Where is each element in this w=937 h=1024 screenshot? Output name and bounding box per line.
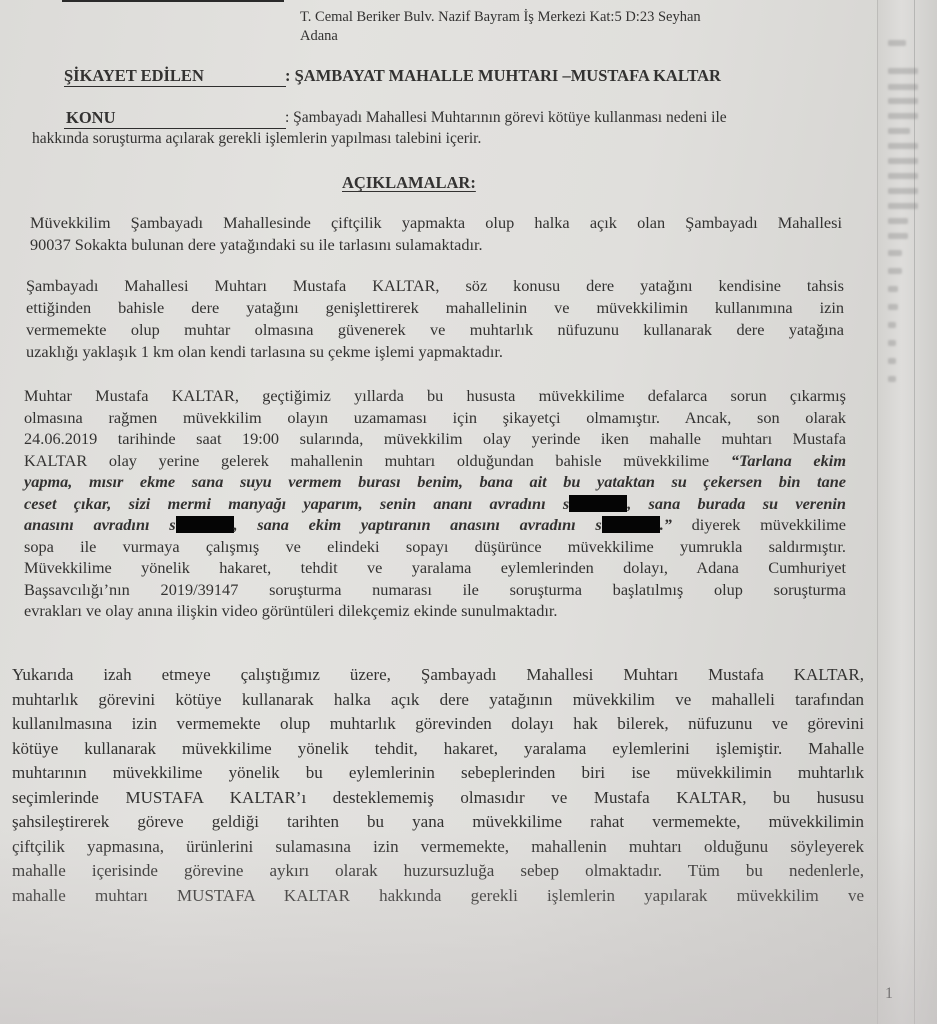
paragraph-text: KALTAR olay yerine gelerek mahallenin mu… (24, 451, 731, 470)
paragraph-2: Şambayadı Mahallesi Muhtarı Mustafa KALT… (26, 275, 844, 363)
document-page: T. Cemal Beriker Bulv. Nazif Bayram İş M… (0, 0, 937, 1024)
paragraph-line: olmasına rağmen müvekkilim olayın uzamam… (24, 407, 846, 429)
bleed-text (888, 322, 896, 328)
bleed-text (888, 84, 918, 90)
quote-text: “Tarlana ekim (731, 451, 846, 470)
bleed-text (888, 113, 918, 119)
paragraph-line: KALTAR olay yerine gelerek mahallenin mu… (24, 450, 846, 472)
adjacent-page-edge (877, 0, 937, 1024)
paragraph-line: Yukarıda izah etmeye çalıştığımız üzere,… (12, 663, 864, 688)
complained-label: ŞİKAYET EDİLEN (64, 68, 204, 85)
subject-label-underline (64, 128, 286, 129)
complained-label-underline (64, 86, 286, 87)
bleed-text (888, 203, 918, 209)
paragraph-line: vermemekte olup muhtar olmasına güvenere… (26, 319, 844, 341)
bleed-text (888, 128, 910, 134)
bleed-text (888, 358, 896, 364)
bleed-text (888, 173, 918, 179)
section-heading: AÇIKLAMALAR: (342, 173, 476, 193)
bleed-text (888, 268, 902, 274)
quote-text: anasını avradını s (24, 515, 176, 534)
paragraph-line: Müvekkilim Şambayadı Mahallesinde çiftçi… (30, 212, 842, 234)
paragraph-line: Şambayadı Mahallesi Muhtarı Mustafa KALT… (26, 275, 844, 297)
paragraph-line: muhtarlık görevini kötüye kullanarak hal… (12, 688, 864, 713)
page-edge-line (914, 0, 915, 1024)
bleed-text (888, 218, 908, 224)
bleed-text (888, 376, 896, 382)
paragraph-line: Başsavcılığı’nın 2019/39147 soruşturma n… (24, 579, 846, 601)
paragraph-line: çiftçilik yapmasına, ürünlerini sulaması… (12, 835, 864, 860)
paragraph-line: mahalle muhtarı MUSTAFA KALTAR hakkında … (12, 884, 864, 909)
paragraph-line: ettiğinden bahisle dere yatağını genişle… (26, 297, 844, 319)
quote-text: ceset çıkar, sizi mermi manyağı yaparım,… (24, 494, 569, 513)
paragraph-line: şahsileştirerek göreve geldiği tarihten … (12, 810, 864, 835)
paragraph-line: 24.06.2019 tarihinde saat 19:00 sularınd… (24, 428, 846, 450)
subject-value-line-2: hakkında soruşturma açılarak gerekli işl… (32, 131, 481, 147)
quote-line: anasını avradını s, sana ekim yaptıranın… (24, 514, 846, 536)
paragraph-4: Yukarıda izah etmeye çalıştığımız üzere,… (12, 663, 864, 908)
quote-line: ceset çıkar, sizi mermi manyağı yaparım,… (24, 493, 846, 515)
subject-label: KONU (66, 110, 116, 127)
paragraph-text: diyerek müvekkilime (672, 515, 846, 534)
paragraph-line: seçimlerinde MUSTAFA KALTAR’ı destekleme… (12, 786, 864, 811)
bleed-text (888, 98, 918, 104)
quote-line: yapma, mısır ekme sana suyu vermem buras… (24, 471, 846, 493)
bleed-text (888, 188, 918, 194)
paragraph-line: kötüye kullanarak müvekkilime yönelik te… (12, 737, 864, 762)
paragraph-line: uzaklığı yaklaşık 1 km olan kendi tarlas… (26, 341, 844, 363)
complained-label-text: ŞİKAYET EDİLEN (64, 66, 204, 85)
bleed-text (888, 158, 918, 164)
redaction-box (176, 516, 234, 533)
paragraph-3: Muhtar Mustafa KALTAR, geçtiğimiz yıllar… (24, 385, 846, 622)
bleed-text (888, 250, 902, 256)
bleed-text (888, 304, 898, 310)
paragraph-1: Müvekkilim Şambayadı Mahallesinde çiftçi… (30, 212, 842, 256)
page-number: 1 (885, 985, 893, 1003)
address-line-1: T. Cemal Beriker Bulv. Nazif Bayram İş M… (300, 10, 701, 25)
subject-value-line-1: : Şambayadı Mahallesi Muhtarının görevi … (285, 110, 727, 126)
redaction-box (569, 495, 627, 512)
quote-text: .” (660, 515, 672, 534)
paragraph-line: muhtarının müvekkilime yönelik bu eyleml… (12, 761, 864, 786)
paragraph-line: kullanılmasına izin vermemekte olup muht… (12, 712, 864, 737)
paragraph-line: Müvekkilime yönelik hakaret, tehdit ve y… (24, 557, 846, 579)
bleed-text (888, 40, 906, 46)
quote-text: , sana burada su verenin (627, 494, 846, 513)
bleed-text (888, 143, 918, 149)
paragraph-line: 90037 Sokakta bulunan dere yatağındaki s… (30, 234, 842, 256)
paragraph-line: evrakları ve olay anına ilişkin video gö… (24, 600, 846, 622)
bleed-text (888, 340, 896, 346)
top-label-underline (62, 0, 284, 2)
redaction-box (602, 516, 660, 533)
bleed-text (888, 68, 918, 74)
bleed-text (888, 286, 898, 292)
paragraph-line: mahalle içerisinde görevine aykırı olara… (12, 859, 864, 884)
bleed-text (888, 233, 908, 239)
address-line-2: Adana (300, 29, 338, 44)
paragraph-line: Muhtar Mustafa KALTAR, geçtiğimiz yıllar… (24, 385, 846, 407)
quote-text: , sana ekim yaptıranın anasını avradını … (234, 515, 602, 534)
paragraph-line: sopa ile vurmaya çalışmış ve elindeki so… (24, 536, 846, 558)
complained-value: : ŞAMBAYAT MAHALLE MUHTARI –MUSTAFA KALT… (285, 68, 721, 85)
